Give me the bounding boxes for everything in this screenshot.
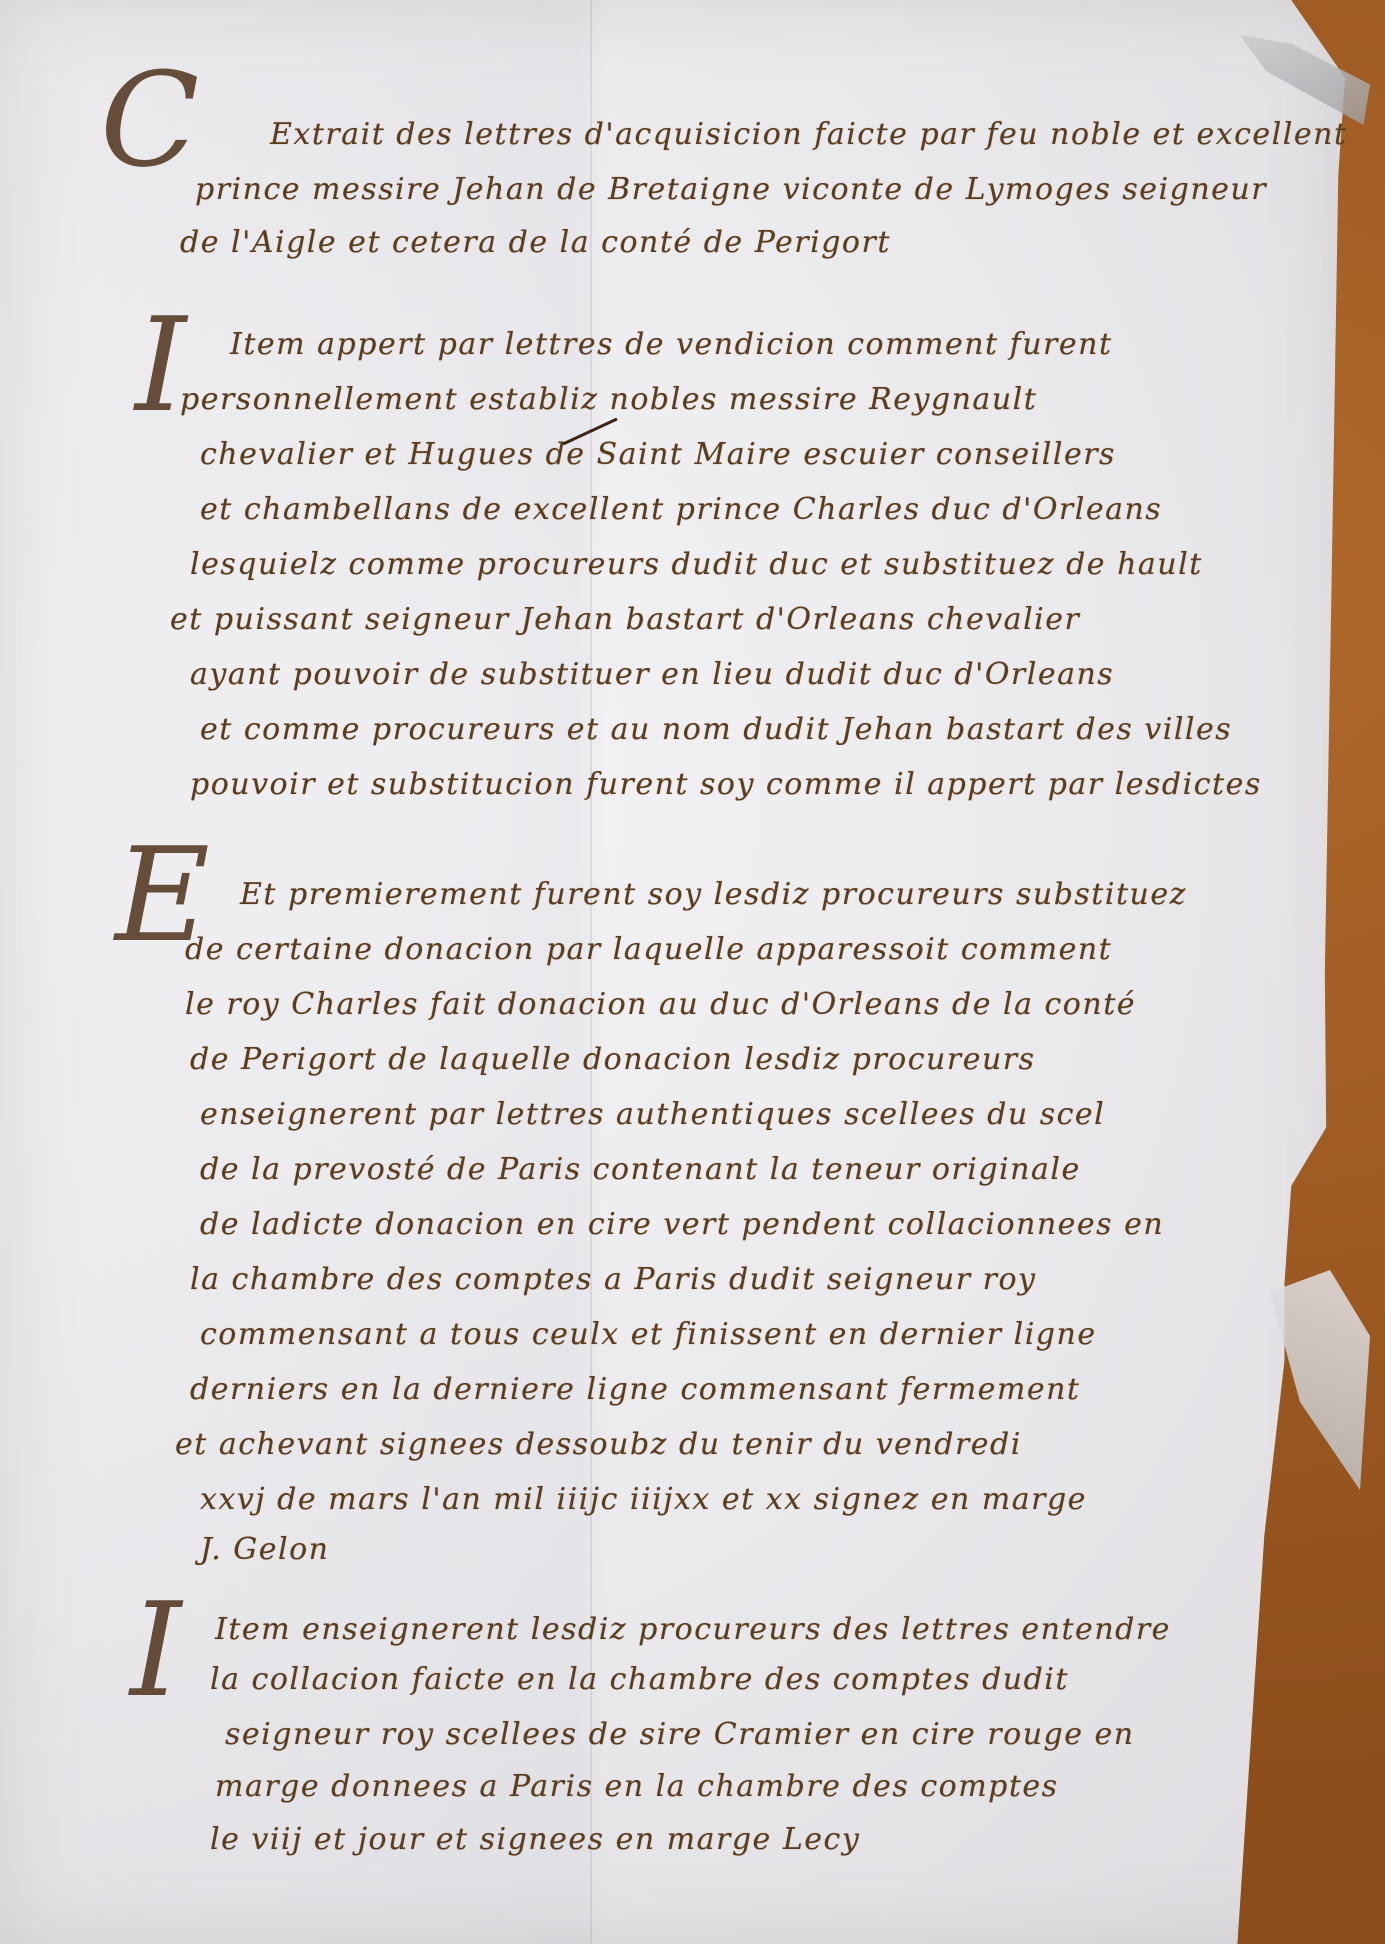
manuscript-line: xxvj de mars l'an mil iiijc iiijxx et xx… — [200, 1485, 1087, 1515]
manuscript-line: commensant a tous ceulx et finissent en … — [200, 1320, 1097, 1350]
manuscript-line: et comme procureurs et au nom dudit Jeha… — [200, 715, 1232, 745]
manuscript-line: Et premierement furent soy lesdiz procur… — [240, 880, 1187, 910]
manuscript-line: personnellement establiz nobles messire … — [180, 385, 1037, 415]
manuscript-line: la chambre des comptes a Paris dudit sei… — [190, 1265, 1036, 1295]
decorated-initial: I — [135, 300, 186, 430]
manuscript-line: la collacion faicte en la chambre des co… — [210, 1665, 1069, 1695]
manuscript-line: prince messire Jehan de Bretaigne vicont… — [195, 175, 1267, 205]
manuscript-line: le viij et jour et signees en marge Lecy — [210, 1825, 860, 1855]
manuscript-line: chevalier et Hugues de Saint Maire escui… — [200, 440, 1116, 470]
manuscript-line: de certaine donacion par laquelle appare… — [185, 935, 1112, 965]
manuscript-line: de la prevosté de Paris contenant la ten… — [200, 1155, 1081, 1185]
manuscript-line: le roy Charles fait donacion au duc d'Or… — [185, 990, 1136, 1020]
signature-gelon: J. Gelon — [200, 1535, 329, 1565]
manuscript-line: et achevant signees dessoubz du tenir du… — [175, 1430, 1022, 1460]
manuscript-line: Extrait des lettres d'acquisicion faicte… — [270, 120, 1348, 150]
manuscript-text: C Extrait des lettres d'acquisicion faic… — [0, 0, 1300, 1944]
manuscript-line: de l'Aigle et cetera de la conté de Peri… — [180, 228, 891, 258]
manuscript-line: et puissant seigneur Jehan bastart d'Orl… — [170, 605, 1080, 635]
manuscript-line: marge donnees a Paris en la chambre des … — [215, 1772, 1059, 1802]
manuscript-line: Item appert par lettres de vendicion com… — [230, 330, 1113, 360]
manuscript-line: et chambellans de excellent prince Charl… — [200, 495, 1162, 525]
manuscript-line: de ladicte donacion en cire vert pendent… — [200, 1210, 1164, 1240]
manuscript-line: pouvoir et substitucion furent soy comme… — [190, 770, 1262, 800]
manuscript-line: lesquielz comme procureurs dudit duc et … — [190, 550, 1203, 580]
manuscript-line: seigneur roy scellees de sire Cramier en… — [225, 1720, 1135, 1750]
decorated-initial: C — [100, 55, 199, 185]
manuscript-line: Item enseignerent lesdiz procureurs des … — [215, 1615, 1171, 1645]
decorated-initial: I — [130, 1585, 181, 1715]
manuscript-line: de Perigort de laquelle donacion lesdiz … — [190, 1045, 1036, 1075]
manuscript-line: enseignerent par lettres authentiques sc… — [200, 1100, 1105, 1130]
manuscript-line: ayant pouvoir de substituer en lieu dudi… — [190, 660, 1114, 690]
manuscript-line: derniers en la derniere ligne commensant… — [190, 1375, 1080, 1405]
